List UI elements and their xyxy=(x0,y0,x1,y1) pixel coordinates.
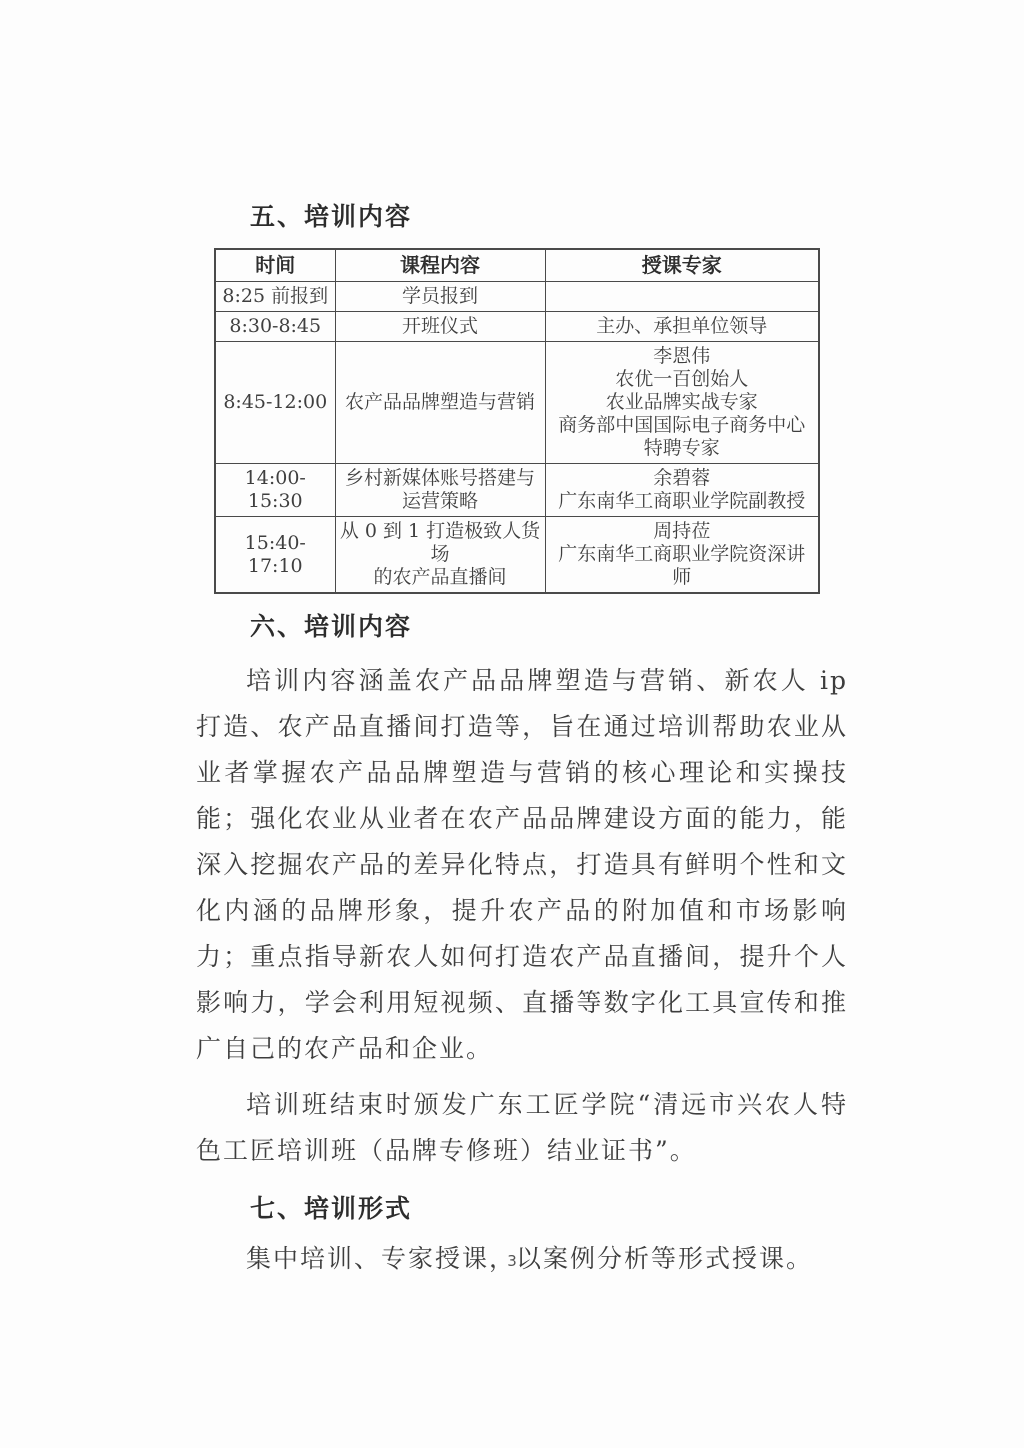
page-content: 五、培训内容 时间 课程内容 授课专家 8:25 前报到 学员报到 xyxy=(196,200,848,1282)
cell-expert xyxy=(545,282,819,312)
table-header-row: 时间 课程内容 授课专家 xyxy=(215,249,819,282)
cell-time: 14:00-15:30 xyxy=(215,464,335,517)
training-schedule-table: 时间 课程内容 授课专家 8:25 前报到 学员报到 8:30-8:45 开班仪… xyxy=(214,248,820,594)
section-5-heading: 五、培训内容 xyxy=(250,200,848,234)
section-7-paragraph: 集中培训、专家授课，以案例分析等形式授课。 xyxy=(196,1236,848,1282)
table-row: 14:00-15:30 乡村新媒体账号搭建与 运营策略 余碧蓉 广东南华工商职业… xyxy=(215,464,819,517)
cell-course: 从 0 到 1 打造极致人货场 的农产品直播间 xyxy=(335,517,545,594)
cell-expert: 余碧蓉 广东南华工商职业学院副教授 xyxy=(545,464,819,517)
cell-course: 学员报到 xyxy=(335,282,545,312)
cell-expert: 李恩伟 农优一百创始人 农业品牌实战专家 商务部中国国际电子商务中心 特聘专家 xyxy=(545,342,819,464)
section-7-heading: 七、培训形式 xyxy=(250,1192,848,1226)
page-number: 3 xyxy=(507,1252,517,1270)
cell-expert: 周持莅 广东南华工商职业学院资深讲师 xyxy=(545,517,819,594)
document-page: 五、培训内容 时间 课程内容 授课专家 8:25 前报到 学员报到 xyxy=(0,0,1024,1448)
cell-time: 8:45-12:00 xyxy=(215,342,335,464)
cell-expert: 主办、承担单位领导 xyxy=(545,312,819,342)
column-header-time: 时间 xyxy=(215,249,335,282)
table-row: 8:25 前报到 学员报到 xyxy=(215,282,819,312)
column-header-course: 课程内容 xyxy=(335,249,545,282)
table-row: 8:45-12:00 农产品品牌塑造与营销 李恩伟 农优一百创始人 农业品牌实战… xyxy=(215,342,819,464)
cell-time: 8:30-8:45 xyxy=(215,312,335,342)
cell-course: 开班仪式 xyxy=(335,312,545,342)
table-row: 15:40-17:10 从 0 到 1 打造极致人货场 的农产品直播间 周持莅 … xyxy=(215,517,819,594)
section-6-paragraph-1: 培训内容涵盖农产品品牌塑造与营销、新农人 ip 打造、农产品直播间打造等，旨在通… xyxy=(196,658,848,1072)
cell-time: 15:40-17:10 xyxy=(215,517,335,594)
cell-time: 8:25 前报到 xyxy=(215,282,335,312)
section-6-paragraph-2: 培训班结束时颁发广东工匠学院“清远市兴农人特色工匠培训班（品牌专修班）结业证书”… xyxy=(196,1082,848,1174)
table-row: 8:30-8:45 开班仪式 主办、承担单位领导 xyxy=(215,312,819,342)
cell-course: 乡村新媒体账号搭建与 运营策略 xyxy=(335,464,545,517)
section-6-heading: 六、培训内容 xyxy=(250,610,848,644)
column-header-expert: 授课专家 xyxy=(545,249,819,282)
cell-course: 农产品品牌塑造与营销 xyxy=(335,342,545,464)
